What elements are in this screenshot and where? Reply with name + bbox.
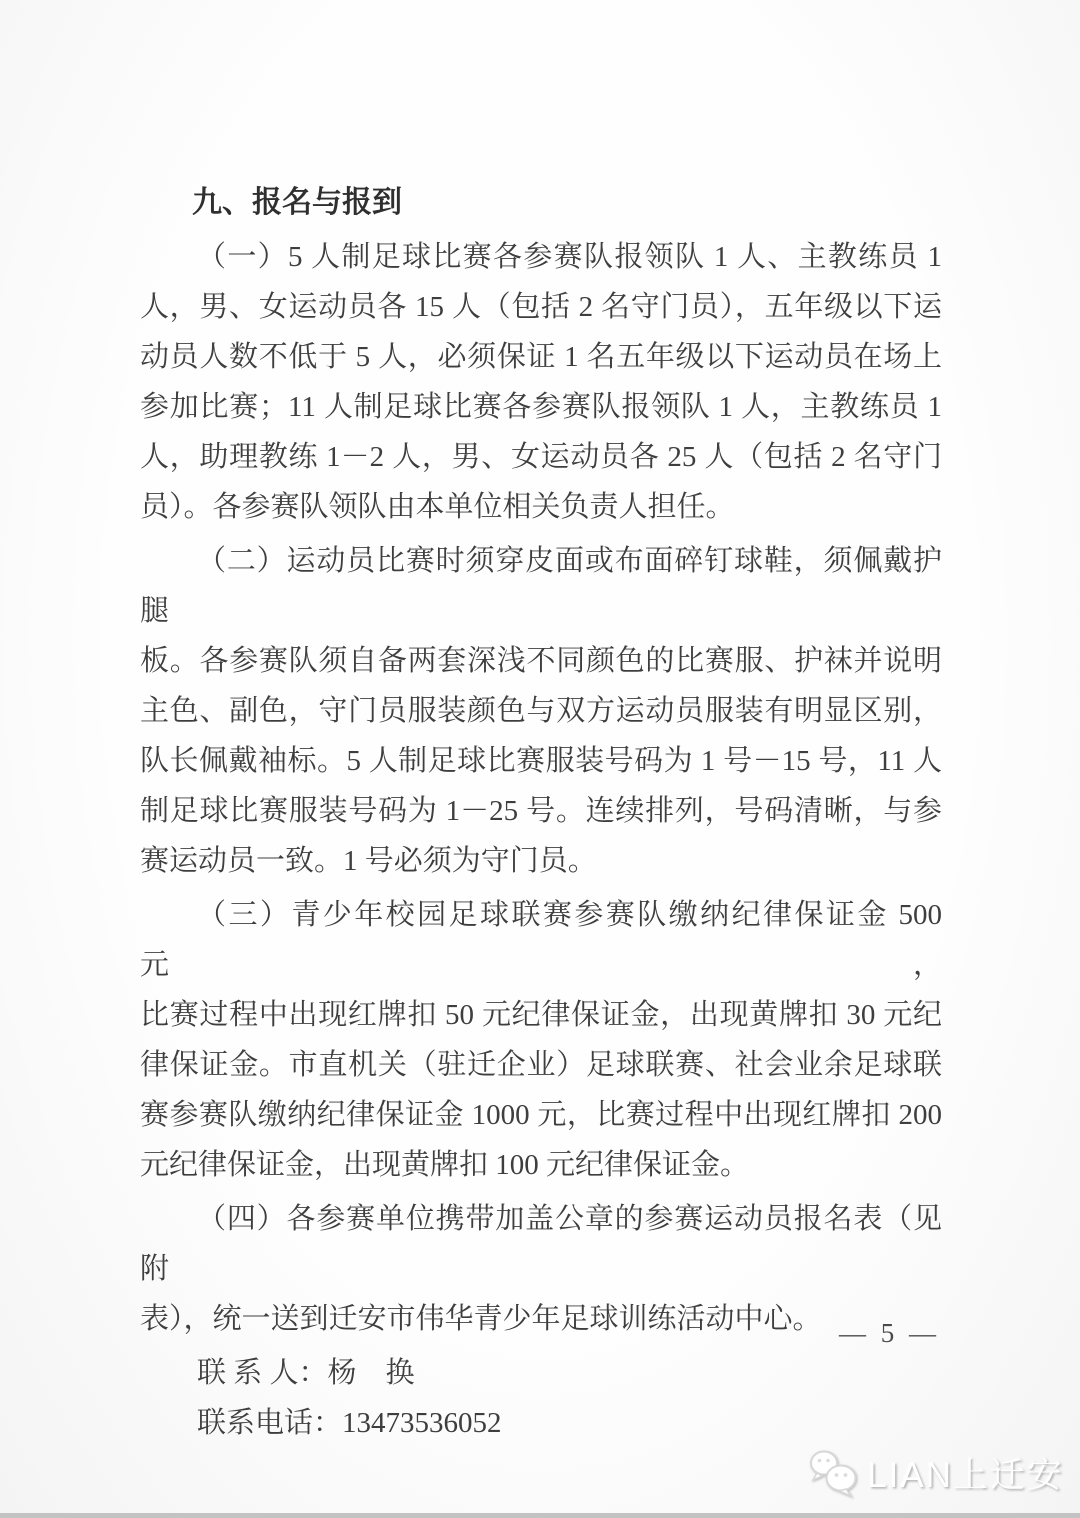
paragraph-1: （一）5 人制足球比赛各参赛队报领队 1 人、主教练员 1 人，男、女运动员各 … [140,232,942,532]
wechat-icon [808,1448,862,1498]
watermark: LIAN上迁安 [808,1448,1064,1498]
page-number: — 5 — [839,1318,940,1349]
contact-person-line: 联 系 人：杨 换 [140,1348,942,1398]
contact-info: 联 系 人：杨 换 联系电话：13473536052 [140,1348,942,1448]
section-heading: 九、报名与报到 [140,178,942,228]
paragraph-2: （二）运动员比赛时须穿皮面或布面碎钉球鞋，须佩戴护腿 板。各参赛队须自备两套深浅… [140,536,942,886]
watermark-text: LIAN上迁安 [867,1448,1064,1498]
text-line: 制足球比赛服装号码为 1－25 号。连续排列，号码清晰，与参 [140,786,942,836]
document-body: 九、报名与报到 （一）5 人制足球比赛各参赛队报领队 1 人、主教练员 1 人，… [140,178,942,1448]
text-line: （一）5 人制足球比赛各参赛队报领队 1 人、主教练员 1 [140,232,942,282]
text-line: 动员人数不低于 5 人，必须保证 1 名五年级以下运动员在场上 [140,332,942,382]
text-line: 表），统一送到迁安市伟华青少年足球训练活动中心。 [140,1294,942,1344]
text-line: （二）运动员比赛时须穿皮面或布面碎钉球鞋，须佩戴护腿 [140,536,942,636]
paragraph-4: （四）各参赛单位携带加盖公章的参赛运动员报名表（见附 表），统一送到迁安市伟华青… [140,1194,942,1344]
text-line: 人，男、女运动员各 15 人（包括 2 名守门员），五年级以下运 [140,282,942,332]
text-line: 主色、副色，守门员服装颜色与双方运动员服装有明显区别， [140,686,942,736]
text-line: 赛运动员一致。1 号必须为守门员。 [140,836,942,886]
text-line: 员）。各参赛队领队由本单位相关负责人担任。 [140,482,942,532]
text-line: 板。各参赛队须自备两套深浅不同颜色的比赛服、护袜并说明 [140,636,942,686]
text-line: 元纪律保证金，出现黄牌扣 100 元纪律保证金。 [140,1140,942,1190]
text-line: （四）各参赛单位携带加盖公章的参赛运动员报名表（见附 [140,1194,942,1294]
text-line: 队长佩戴袖标。5 人制足球比赛服装号码为 1 号－15 号，11 人 [140,736,942,786]
paragraph-3: （三）青少年校园足球联赛参赛队缴纳纪律保证金 500 元， 比赛过程中出现红牌扣… [140,890,942,1190]
text-line: 参加比赛；11 人制足球比赛各参赛队报领队 1 人，主教练员 1 [140,382,942,432]
text-line: （三）青少年校园足球联赛参赛队缴纳纪律保证金 500 元， [140,890,942,990]
text-line: 人，助理教练 1－2 人，男、女运动员各 25 人（包括 2 名守门 [140,432,942,482]
text-line: 赛参赛队缴纳纪律保证金 1000 元，比赛过程中出现红牌扣 200 [140,1090,942,1140]
contact-phone-line: 联系电话：13473536052 [140,1398,942,1448]
text-line: 比赛过程中出现红牌扣 50 元纪律保证金，出现黄牌扣 30 元纪 [140,990,942,1040]
text-line: 律保证金。市直机关（驻迁企业）足球联赛、社会业余足球联 [140,1040,942,1090]
bottom-edge-bar [0,1513,1080,1518]
